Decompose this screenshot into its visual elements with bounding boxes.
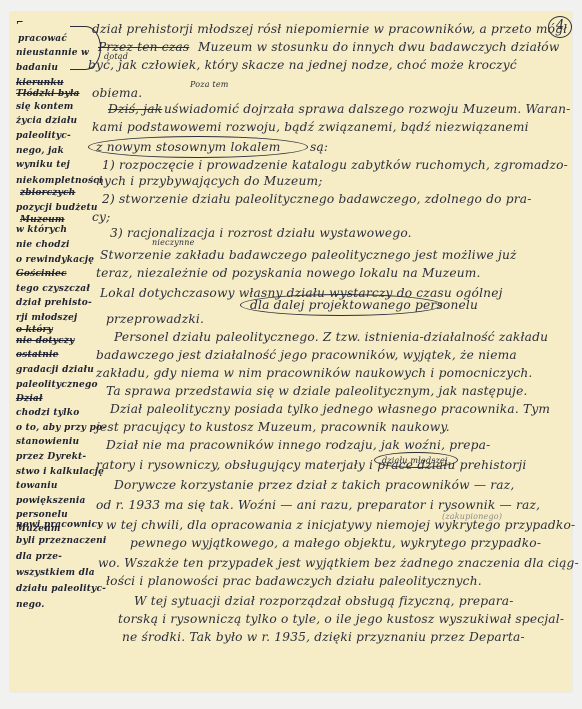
body-line: teraz, niezależnie od pozyskania nowego … (96, 266, 481, 280)
margin-note: w których (16, 225, 67, 236)
margin-note: działu paleolityc- (16, 584, 106, 595)
body-line: ratory i rysowniczy, obsługujący materja… (96, 458, 526, 472)
insertion: Poza tem (190, 80, 229, 89)
body-line: Dorywcze korzystanie przez dział z takic… (114, 478, 514, 492)
body-line: są: (310, 140, 328, 154)
insertion: nieczynne (152, 238, 195, 247)
struck-text: Dziś, jak (108, 102, 162, 116)
body-line: jest pracujący to kustosz Muzeum, pracow… (96, 420, 450, 434)
body-line: torską i rysowniczą tylko o tyle, o ile … (118, 612, 564, 626)
margin-note: Dział (16, 394, 43, 405)
body-line: dział prehistorji młodszej rósł niepomie… (92, 22, 567, 36)
margin-note: paleolityc- (16, 131, 71, 142)
body-line: nych i przybywających do Muzeum; (96, 174, 323, 188)
body-line: ne środki. Tak było w r. 1935, dzięki pr… (122, 630, 525, 644)
margin-note: o to, aby przy po- (16, 423, 106, 434)
margin-note: tego czyszczał (16, 284, 90, 295)
body-line: uświadomić dojrzała sprawa dalszego rozw… (164, 102, 570, 116)
margin-note: wszystkiem dla (16, 568, 95, 579)
margin-note: dla prze- (16, 552, 62, 563)
margin-note: życia działu (16, 116, 77, 127)
margin-note: gradacji działu (16, 365, 94, 376)
manuscript-page: 4 ⌐ pracować nieustannie w badaniu kieru… (10, 12, 572, 692)
margin-note: rji młodszej (16, 313, 77, 324)
margin-note: pracować (18, 34, 67, 45)
margin-note: chodzi tylko (16, 408, 79, 419)
body-line: wo. Wszakże ten przypadek jest wyjątkiem… (98, 556, 579, 570)
margin-note: wyniku tej (16, 160, 70, 171)
body-line: Dział paleolityczny posiada tylko jedneg… (110, 402, 550, 416)
margin-note: nego. (16, 600, 45, 611)
margin-note: niekompletności (16, 176, 103, 187)
margin-note: przez Dyrekt- (16, 452, 86, 463)
margin-note: stwo i kalkulację (16, 467, 104, 478)
body-line: 2) stworzenie działu paleolitycznego bad… (102, 192, 532, 206)
margin-note: o rewindykację (16, 255, 94, 266)
body-line: zakładu, gdy niema w nim pracowników nau… (96, 366, 532, 380)
body-line: być, jak człowiek, który skacze na jedne… (88, 58, 517, 72)
margin-note: powiększenia (16, 496, 86, 507)
margin-note: zbiorczych (20, 188, 75, 199)
body-line: badawczego jest działalność jego pracown… (96, 348, 517, 362)
body-line: W tej sytuacji dział rozporządzał obsług… (134, 594, 514, 608)
margin-note: o który (16, 325, 53, 336)
margin-note: nie dotyczy (16, 336, 75, 347)
margin-note: się kontem (16, 102, 74, 113)
margin-note: Gościniec (16, 269, 67, 280)
margin-note: nowi pracownicy (16, 520, 103, 531)
section-heading-line: Personel działu paleolitycznego. Z tzw. … (114, 330, 548, 344)
margin-note: ⌐ (16, 18, 24, 29)
body-line: od r. 1933 ma się tak. Woźni — ani razu,… (96, 498, 540, 512)
circle-mark (240, 294, 442, 316)
margin-note: byli przeznaczeni (16, 536, 107, 547)
margin-note: towaniu (16, 481, 58, 492)
body-line: kami podstawowemi rozwoju, bądź związane… (92, 120, 529, 134)
body-line: obiema. (92, 86, 142, 100)
margin-note: paleolitycznego (16, 380, 98, 391)
body-line: cy; (92, 210, 110, 224)
margin-note: pozycji budżetu (16, 203, 98, 214)
margin-note: kierunku (16, 78, 64, 89)
body-line: Dział nie ma pracowników innego rodzaju,… (106, 438, 490, 452)
body-line: w tej chwili, dla opracowania z inicjaty… (106, 518, 575, 532)
body-line: przeprowadzki. (106, 312, 204, 326)
body-line: Muzeum w stosunku do innych dwu badawczy… (198, 40, 559, 54)
margin-note: ostatnie (16, 350, 59, 361)
margin-note: stanowieniu (16, 437, 79, 448)
body-line: łości i planowości prac badawczych dział… (106, 574, 482, 588)
margin-note: Tłódzki była (16, 89, 80, 100)
margin-note: nie chodzi (16, 240, 70, 251)
margin-note: nego, jak (16, 146, 64, 157)
margin-note: dział prehisto- (16, 298, 92, 309)
margin-note: badaniu (16, 63, 58, 74)
circle-mark (88, 136, 308, 158)
body-line: pewnego wyjątkowego, a małego objektu, w… (130, 536, 541, 550)
margin-notes-column: ⌐ pracować nieustannie w badaniu kierunk… (10, 12, 95, 692)
body-line: Stworzenie zakładu badawczego paleolityc… (100, 248, 517, 262)
body-line: Ta sprawa przedstawia się w dziale paleo… (106, 384, 528, 398)
body-line: 1) rozpoczęcie i prowadzenie katalogu za… (102, 158, 568, 172)
